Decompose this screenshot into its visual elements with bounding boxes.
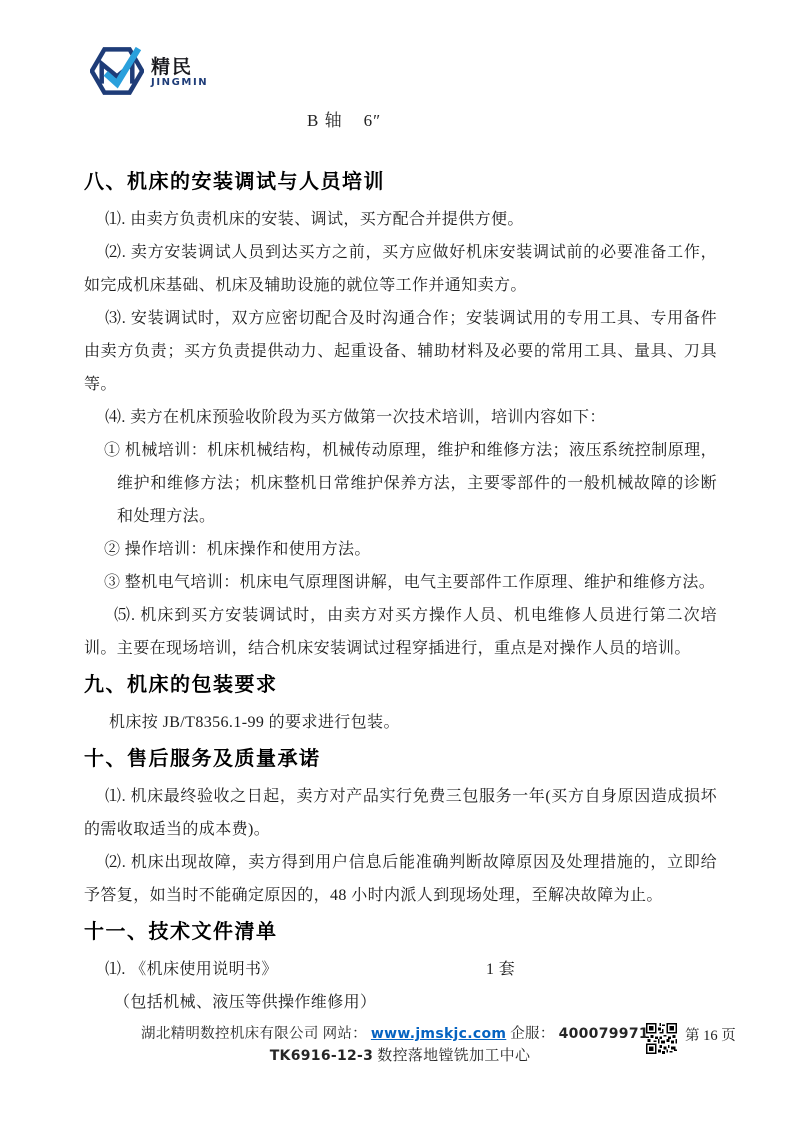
footer-right-block: 第 16 页 [646,1023,736,1054]
list-item-training-1: ① 机械培训：机床机械结构，机械传动原理，维护和维修方法；液压系统控制原理，维护… [84,434,717,533]
section-heading-8: 八、机床的安装调试与人员培训 [84,168,717,194]
doc-item-label: ⑴. 《机床使用说明书》 [105,961,278,978]
website-link[interactable]: www.jmskjc.com [371,1026,506,1042]
page-number: 第 16 页 [685,1026,736,1046]
list-item-training-2: ② 操作培训：机床操作和使用方法。 [84,533,717,566]
doc-list-item: ⑴. 《机床使用说明书》 1 套 [84,953,717,986]
document-content: 八、机床的安装调试与人员培训 ⑴. 由卖方负责机床的安装、调试，买方配合并提供方… [84,168,717,1019]
qr-code-icon [646,1023,677,1054]
section-heading-10: 十、售后服务及质量承诺 [84,745,717,771]
page-footer: 湖北精明数控机床有限公司 网站： www.jmskjc.com 企服： 4000… [0,1023,800,1068]
paragraph: ⑷. 卖方在机床预验收阶段为买方做第一次技术培训，培训内容如下： [84,401,717,434]
paragraph: ⑶. 安装调试时，双方应密切配合及时沟通合作；安装调试用的专用工具、专用备件由卖… [84,302,717,401]
footer-service-phone: 4000799717 [559,1026,659,1042]
document-page: 精民 JINGMIN B 轴 6″ 八、机床的安装调试与人员培训 ⑴. 由卖方负… [0,0,800,1131]
footer-model-code: TK6916-12-3 [270,1048,374,1064]
list-item-training-3: ③ 整机电气培训：机床电气原理图讲解，电气主要部件工作原理、维护和维修方法。 [84,566,717,599]
doc-item-note: （包括机械、液压等供操作维修用） [84,986,717,1019]
paragraph: ⑴. 机床最终验收之日起，卖方对产品实行免费三包服务一年(买方自身原因造成损坏的… [84,780,717,846]
section-heading-11: 十一、技术文件清单 [84,918,717,944]
footer-service-label: 企服： [510,1026,554,1042]
paragraph: ⑸. 机床到买方安装调试时，由卖方对买方操作人员、机电维修人员进行第二次培训。主… [84,599,717,665]
section-heading-9: 九、机床的包装要求 [84,671,717,697]
paragraph: ⑵. 机床出现故障，卖方得到用户信息后能准确判断故障原因及处理措施的，立即给予答… [84,846,717,912]
logo-name-en: JINGMIN [151,77,208,89]
paragraph: 机床按 JB/T8356.1-99 的要求进行包装。 [84,706,717,739]
logo-name-cn: 精民 [151,57,208,77]
axis-spec-line: B 轴 6″ [307,106,381,131]
footer-site-label: 网站： [323,1026,367,1042]
footer-model-name: 数控落地镗铣加工中心 [377,1048,530,1064]
logo-text: 精民 JINGMIN [151,57,208,89]
hexagon-m-logo-icon [90,42,144,100]
footer-company-name: 湖北精明数控机床有限公司 [141,1026,319,1042]
paragraph: ⑵. 卖方安装调试人员到达买方之前，买方应做好机床安装调试前的必要准备工作，如完… [84,236,717,302]
paragraph: ⑴. 由卖方负责机床的安装、调试，买方配合并提供方便。 [84,203,717,236]
company-logo: 精民 JINGMIN [90,42,208,100]
doc-item-quantity: 1 套 [486,953,515,986]
